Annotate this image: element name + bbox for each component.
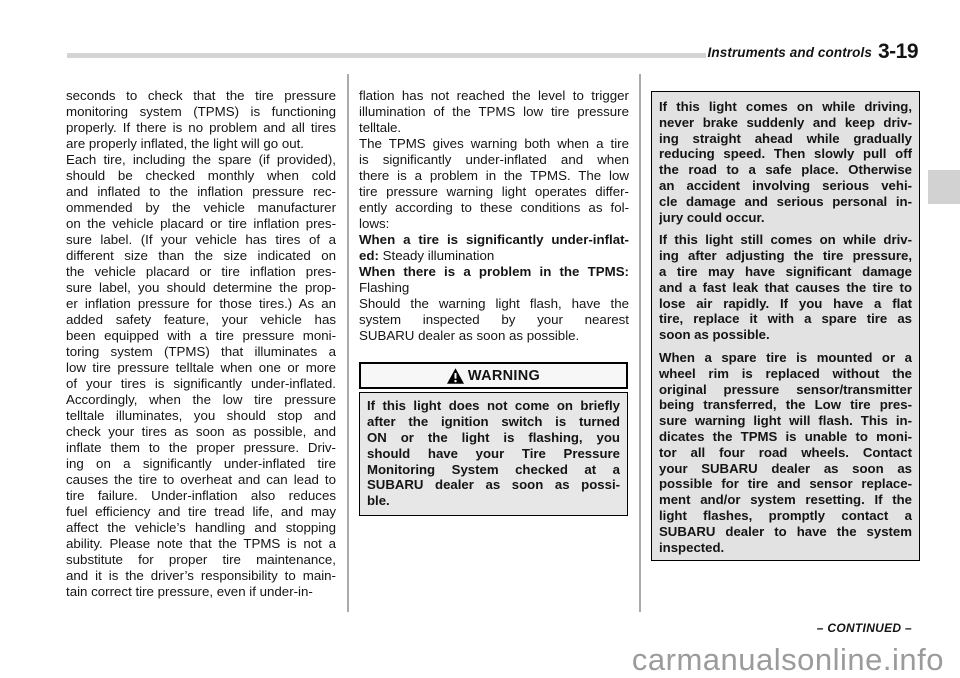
text-line: dicates the TPMS is unable to moni- (659, 429, 912, 445)
text-line: of your tires is significantly under-inf… (66, 376, 336, 392)
text-line: an accident involving serious vehi- (659, 178, 912, 194)
column-divider-left (347, 74, 349, 612)
text-line: jury could occur. (659, 210, 912, 226)
text-line: SUBARU dealer as soon as possible. (359, 328, 629, 344)
text-line: substitute for proper tire maintenance, (66, 552, 336, 568)
text-line: ed: Steady illumination (359, 248, 629, 264)
text-line: being transferred, the Low tire pres- (659, 397, 912, 413)
caution-box: If this light comes on while driving,nev… (651, 91, 920, 561)
text-line: Accordingly, when the low tire pressure (66, 392, 336, 408)
text-line: fuel efficiency and tire tread life, and… (66, 504, 336, 520)
text-line: Should the warning light flash, have the (359, 296, 629, 312)
text-line: inspected. (659, 540, 912, 556)
text-line: telltale. (359, 120, 629, 136)
text-line: If this light comes on while driving, (659, 99, 912, 115)
text-line: soon as possible. (659, 327, 912, 343)
text-line: When a spare tire is mounted or a (659, 350, 912, 366)
page-number: 3-19 (878, 42, 918, 62)
text-line: are properly inflated, the light will go… (66, 136, 336, 152)
text-line: tor all four road wheels. Contact (659, 445, 912, 461)
text-line: SUBARU dealer to have the system (659, 524, 912, 540)
text-line: wheel rim is replaced without the (659, 366, 912, 382)
text-line: When a tire is significantly under-infla… (359, 232, 629, 248)
text-line: properly. If there is no problem and all… (66, 120, 336, 136)
text-line: different size than the size indicated o… (66, 248, 336, 264)
text-line: ability. Please note that the TPMS is no… (66, 536, 336, 552)
text-line: telltale illuminates, you should stop an… (66, 408, 336, 424)
text-line: and inflated to the inflation pressure r… (66, 184, 336, 200)
text-line: check your tires as soon as possible, an… (66, 424, 336, 440)
text-line: system inspected by your nearest (359, 312, 629, 328)
text-line: illumination of the TPMS low tire pressu… (359, 104, 629, 120)
text-line: ently according to these conditions as f… (359, 200, 629, 216)
section-title: Instruments and controls (708, 45, 872, 62)
text-line: after the ignition switch is turned (367, 414, 620, 430)
watermark: carmanualsonline.info (632, 642, 944, 678)
text-line: should be checked monthly when cold (66, 168, 336, 184)
text-line: original pressure sensor/transmitter (659, 382, 912, 398)
text-line: If this light does not come on briefly (367, 398, 620, 414)
text-line: flation has not reached the level to tri… (359, 88, 629, 104)
warning-title: WARNING (468, 368, 540, 384)
text-line: added safety feature, your vehicle has (66, 312, 336, 328)
text-line: and it is the driver’s responsibility to… (66, 568, 336, 584)
continued-label: – CONTINUED – (817, 621, 912, 635)
text-line: tire pressure warning light operates dif… (359, 184, 629, 200)
text-run: ed: (359, 248, 379, 263)
text-line: light flashes, promptly contact a (659, 508, 912, 524)
text-line: seconds to check that the tire pressure (66, 88, 336, 104)
warning-triangle-icon (447, 368, 464, 384)
text-line: the road to a safe place. Otherwise (659, 162, 912, 178)
text-line: toring system (TPMS) that illuminates a (66, 344, 336, 360)
text-line: on the vehicle placard or tire inflation… (66, 216, 336, 232)
text-line: lose air rapidly. If you have a flat (659, 296, 912, 312)
left-column-text: seconds to check that the tire pressurem… (66, 88, 336, 600)
text-line: ing after adjusting the tire pressure, (659, 248, 912, 264)
text-line: Each tire, including the spare (if provi… (66, 152, 336, 168)
page-header: Instruments and controls 3-19 (708, 42, 918, 62)
text-line: the vehicle placard or tire inflation pr… (66, 264, 336, 280)
text-line: ble. (367, 493, 620, 509)
text-line: there is a problem in the TPMS. The low (359, 168, 629, 184)
text-line: cle damage and serious personal in- (659, 194, 912, 210)
text-line: affect the vehicle’s handling and stoppi… (66, 520, 336, 536)
text-line: been equipped with a tire pressure moni- (66, 328, 336, 344)
column-divider-right (639, 74, 641, 612)
middle-column-text: flation has not reached the level to tri… (359, 88, 629, 344)
text-line: tire, replace it with a spare tire as (659, 311, 912, 327)
text-line: monitoring system (TPMS) is functioning (66, 104, 336, 120)
chapter-tab (928, 170, 960, 204)
text-line: sure label. (If your vehicle has tires o… (66, 232, 336, 248)
text-line: sure label, you should determine the pro… (66, 280, 336, 296)
text-line: Monitoring System checked at a (367, 462, 620, 478)
text-line: is significantly under-inflated and when (359, 152, 629, 168)
text-line: a tire may have significant damage (659, 264, 912, 280)
warning-box-body: If this light does not come on brieflyaf… (359, 392, 628, 516)
text-line: never brake suddenly and keep driv- (659, 115, 912, 131)
text-line: Flashing (359, 280, 629, 296)
text-line: low tire pressure telltale when one or m… (66, 360, 336, 376)
text-line: The TPMS gives warning both when a tire (359, 136, 629, 152)
text-line: possible for tire and sensor replace- (659, 476, 912, 492)
warning-box-header: WARNING (359, 362, 628, 389)
text-line: causes the tire to overheat and can lead… (66, 472, 336, 488)
text-line: ommended by the vehicle manufacturer (66, 200, 336, 216)
text-line: ON or the light is flashing, you (367, 430, 620, 446)
text-line: and a fast leak that causes the tire to (659, 280, 912, 296)
text-line: SUBARU dealer as soon as possi- (367, 477, 620, 493)
text-line: ing on a significantly under-inflated ti… (66, 456, 336, 472)
text-line: ing straight ahead while gradually (659, 131, 912, 147)
text-line: reducing speed. Then slowly pull off (659, 146, 912, 162)
text-line: If this light still comes on while driv- (659, 232, 912, 248)
text-line: sure warning light will flash. This in- (659, 413, 912, 429)
text-line: When there is a problem in the TPMS: (359, 264, 629, 280)
text-line: your SUBARU dealer as soon as (659, 461, 912, 477)
text-line: ment and/or system resetting. If the (659, 492, 912, 508)
text-line: tain correct tire pressure, even if unde… (66, 584, 336, 600)
text-run: Steady illumination (379, 248, 494, 263)
text-line: inflate them to the proper pressure. Dri… (66, 440, 336, 456)
text-line: tire failure. Under-inflation also reduc… (66, 488, 336, 504)
text-line: should have your Tire Pressure (367, 446, 620, 462)
text-line: lows: (359, 216, 629, 232)
header-rule (67, 53, 706, 58)
text-line: er inflation pressure for those tires.) … (66, 296, 336, 312)
